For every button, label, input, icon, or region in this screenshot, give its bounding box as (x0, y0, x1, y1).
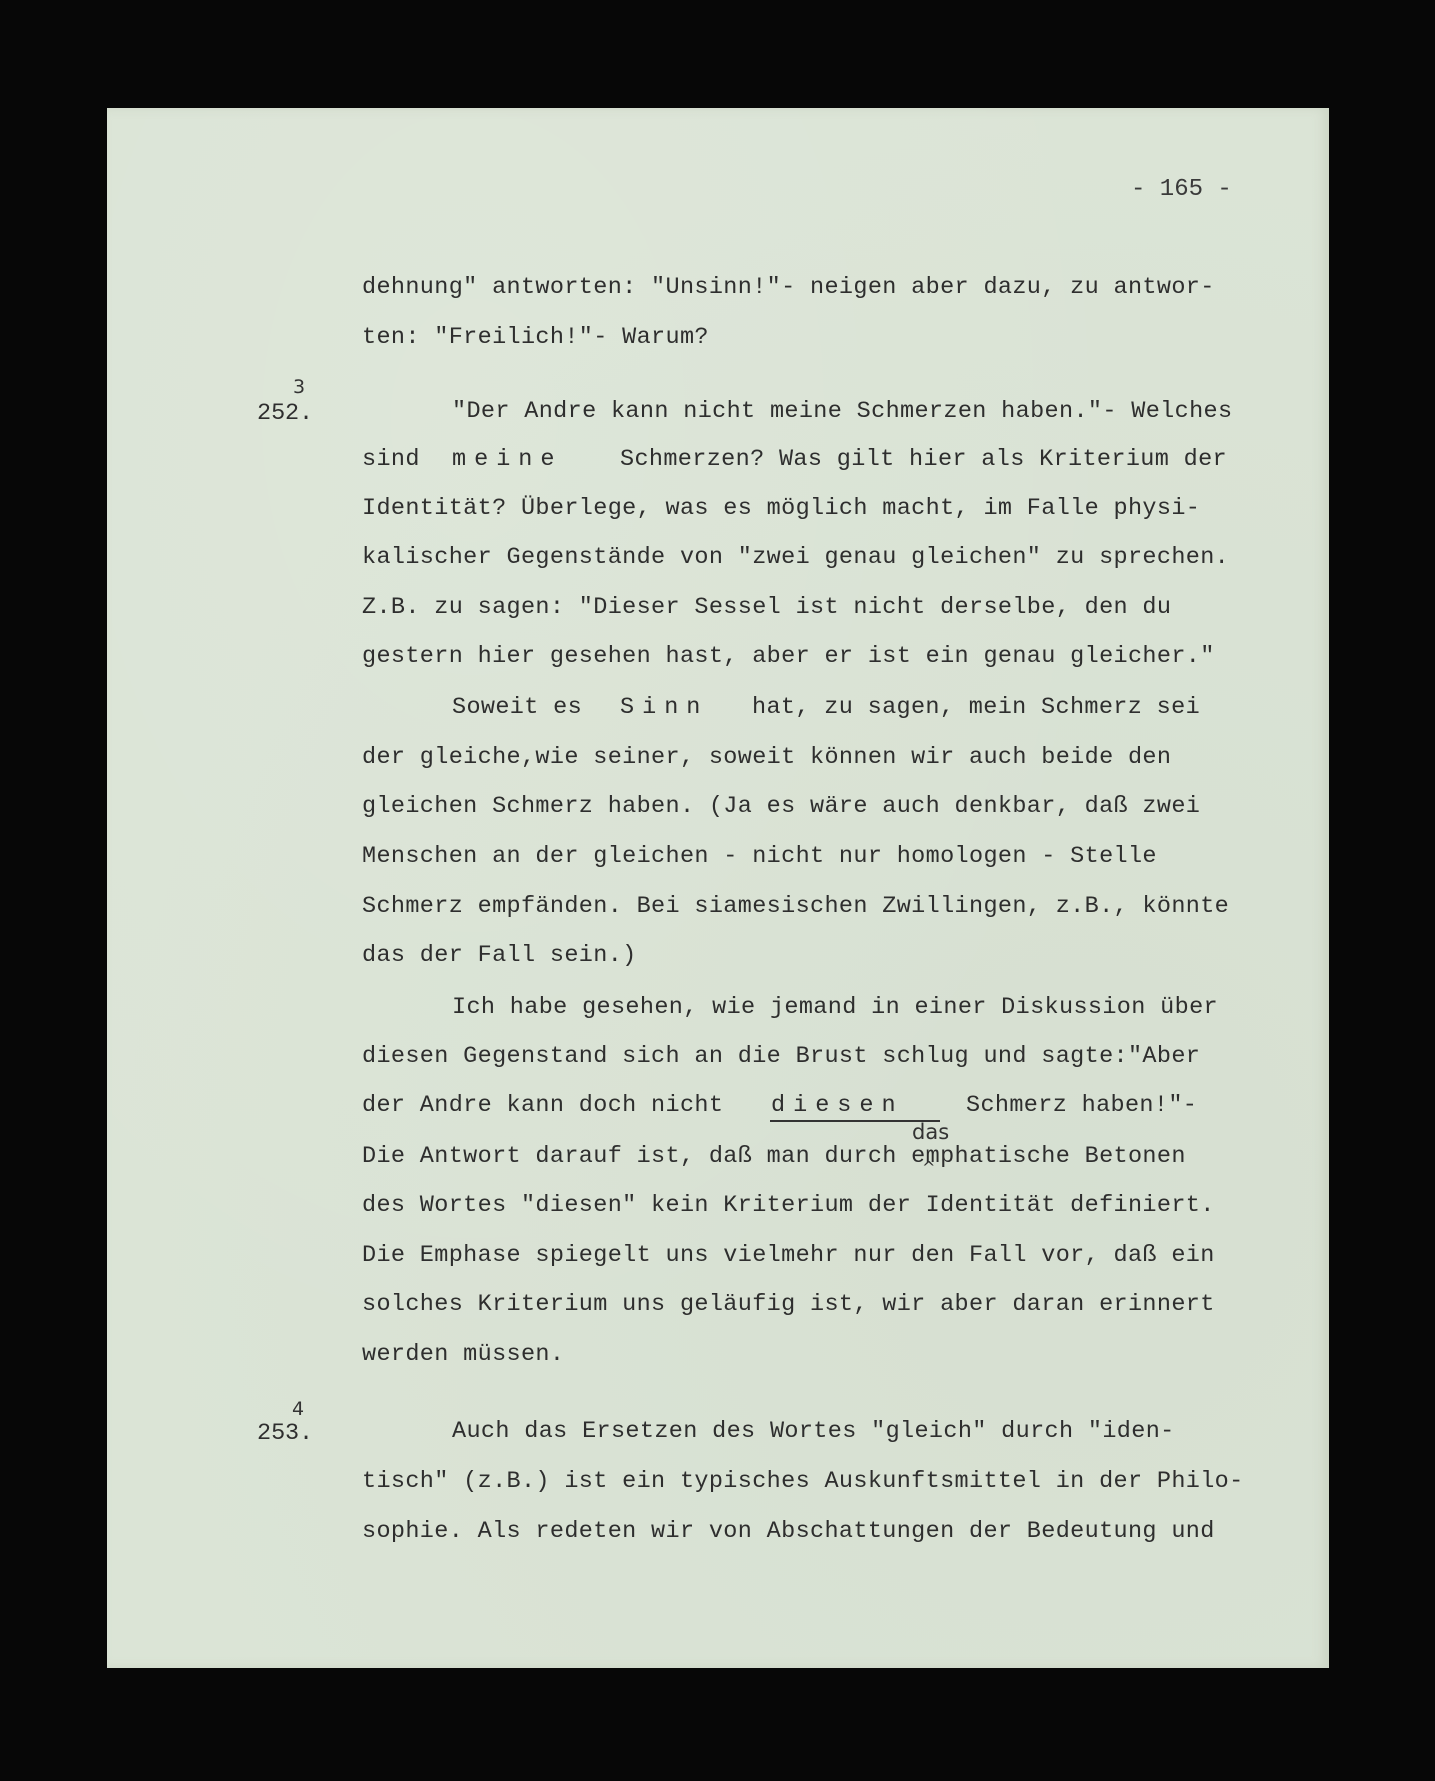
text-line: der Andre kann doch nicht (362, 1094, 738, 1118)
text-line: Z.B. zu sagen: "Dieser Sessel ist nicht … (362, 596, 1171, 620)
text-line: ten: "Freilich!"- Warum? (362, 326, 709, 350)
text-line: hat, zu sagen, mein Schmerz sei (752, 696, 1200, 720)
handwritten-insertion: das (912, 1120, 949, 1144)
handwritten-correction: 3 (293, 376, 305, 398)
emphasized-word: Sinn (620, 696, 708, 720)
text-line: Die Antwort darauf ist, daß man durch em… (362, 1145, 1186, 1169)
page-number: - 165 - (1131, 176, 1232, 203)
text-line: dehnung" antworten: "Unsinn!"- neigen ab… (362, 276, 1215, 300)
text-line: Ich habe gesehen, wie jemand in einer Di… (452, 996, 1218, 1020)
text-line: Schmerz haben!"- (966, 1094, 1197, 1118)
text-line: Schmerz empfänden. Bei siamesischen Zwil… (362, 895, 1229, 919)
text-line: des Wortes "diesen" kein Kriterium der I… (362, 1194, 1215, 1218)
text-line: Menschen an der gleichen - nicht nur hom… (362, 845, 1157, 869)
struck-digit: 3 (285, 1420, 299, 1447)
text-line: Schmerzen? Was gilt hier als Kriterium d… (620, 448, 1227, 472)
text-line: Soweit es (452, 696, 597, 720)
scanned-document: - 165 - 25 2 . 3 25 3 . 4 dehnung" antwo… (0, 0, 1435, 1781)
text-line: Auch das Ersetzen des Wortes "gleich" du… (452, 1420, 1175, 1444)
text-line: gestern hier gesehen hast, aber er ist e… (362, 645, 1215, 669)
text-line: "Der Andre kann nicht meine Schmerzen ha… (452, 400, 1232, 424)
text-line: gleichen Schmerz haben. (Ja es wäre auch… (362, 795, 1200, 819)
handwritten-correction: 4 (292, 1398, 304, 1420)
text-line: solches Kriterium uns geläufig ist, wir … (362, 1293, 1215, 1317)
text-line: sind (362, 448, 434, 472)
insertion-caret-icon: ^ (922, 1158, 935, 1177)
text-line: sophie. Als redeten wir von Abschattunge… (362, 1520, 1215, 1544)
text-line: Identität? Überlege, was es möglich mach… (362, 497, 1200, 521)
text-line: kalischer Gegenstände von "zwei genau gl… (362, 546, 1229, 570)
paragraph-number-prefix: 25 (257, 400, 285, 427)
paragraph-number-prefix: 25 (257, 1420, 285, 1447)
text-line: das der Fall sein.) (362, 944, 637, 968)
text-line: der gleiche,wie seiner, soweit können wi… (362, 746, 1171, 770)
text-line: werden müssen. (362, 1343, 564, 1367)
text-line: Die Emphase spiegelt uns vielmehr nur de… (362, 1244, 1215, 1268)
text-line: tisch" (z.B.) ist ein typisches Auskunft… (362, 1470, 1244, 1494)
emphasized-word: diesen (771, 1094, 904, 1118)
text-line: diesen Gegenstand sich an die Brust schl… (362, 1045, 1200, 1069)
emphasized-word: meine (452, 448, 563, 472)
struck-digit: 2 (285, 400, 299, 427)
paragraph-number-period: . (299, 400, 313, 427)
paragraph-number-period: . (299, 1420, 313, 1447)
